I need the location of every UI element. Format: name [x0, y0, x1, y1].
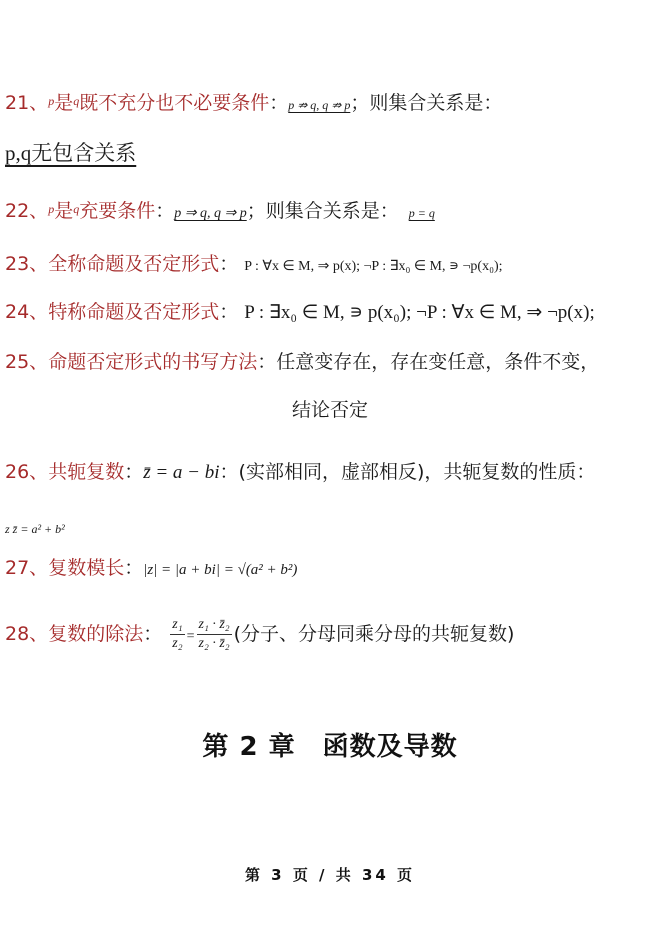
item-number: 25、 [5, 351, 48, 373]
item-number: 21、 [5, 92, 48, 114]
item-title: 特称命题及否定形式 [48, 301, 219, 323]
item-21-relation: p,q无包含关系 [5, 141, 136, 166]
colon: ： [219, 301, 238, 323]
item-23: 23、全称命题及否定形式：P : ∀x ∈ M, ⇒ p(x); ¬P : ∃x… [5, 252, 503, 279]
item-28: 28、复数的除法： z₁z₂=z₁ · z̄₂z₂ · z̄₂(分子、分母同乘分… [5, 610, 514, 661]
page-footer: 第 3 页 / 共 34 页 [0, 865, 660, 885]
item-21: 21、p是q既不充分也不必要条件：p ⇏ q, q ⇏ p；则集合关系是： [5, 89, 502, 117]
colon: ： [219, 253, 238, 275]
numerator: z₁ · z̄₂ [197, 616, 232, 635]
formula: z̄ = a − bi [143, 462, 219, 483]
item-title: 复数模长 [48, 557, 124, 579]
item-connector: 是 [54, 92, 73, 114]
item-number: 23、 [5, 253, 48, 275]
denominator: z₂ [170, 635, 184, 653]
item-25-continuation: 结论否定 [0, 398, 660, 422]
formula: p ⇒ q, q ⇒ p [174, 206, 246, 221]
colon: ： [257, 351, 276, 373]
item-title: 共轭复数 [48, 461, 124, 483]
item-number: 28、 [5, 623, 48, 645]
item-number: 22、 [5, 200, 48, 222]
chapter-heading: 第 2 章 函数及导数 [0, 730, 660, 764]
item-24: 24、特称命题及否定形式：P : ∃x₀ ∈ M, ∍ p(x₀); ¬P : … [5, 300, 595, 325]
item-number: 26、 [5, 461, 48, 483]
item-text: 任意变存在，存在变任意，条件不变， [276, 351, 599, 373]
colon: ： [269, 92, 288, 114]
fraction-lhs: z₁z₂ [170, 616, 184, 653]
item-text: ；则集合关系是： [350, 92, 502, 114]
denominator: z₂ · z̄₂ [197, 635, 232, 653]
item-title: 全称命题及否定形式 [48, 253, 219, 275]
item-text: (分子、分母同乘分母的共轭复数) [234, 623, 515, 645]
relation: p = q [409, 206, 435, 220]
numerator: z₁ [170, 616, 184, 635]
item-number: 27、 [5, 557, 48, 579]
colon: ： [155, 200, 174, 222]
fraction-rhs: z₁ · z̄₂z₂ · z̄₂ [197, 616, 232, 653]
item-title: 既不充分也不必要条件 [79, 92, 269, 114]
formula: P : ∃x₀ ∈ M, ∍ p(x₀); ¬P : ∀x ∈ M, ⇒ ¬p(… [244, 302, 595, 323]
colon: ： [124, 557, 143, 579]
colon: ： [124, 461, 143, 483]
chapter-title: 第 2 章 函数及导数 [202, 732, 457, 762]
formula: P : ∀x ∈ M, ⇒ p(x); ¬P : ∃x₀ ∈ M, ∍ ¬p(x… [244, 259, 502, 274]
item-title: 命题否定形式的书写方法 [48, 351, 257, 373]
item-number: 24、 [5, 301, 48, 323]
item-text: ：(实部相同，虚部相反)，共轭复数的性质： [220, 461, 596, 483]
item-26-property: z z̄ = a² + b² [5, 515, 65, 541]
item-26: 26、共轭复数：z̄ = a − bi：(实部相同，虚部相反)，共轭复数的性质： [5, 460, 595, 485]
item-text: 结论否定 [292, 399, 368, 421]
formula: |z| = |a + bi| = √(a² + b²) [143, 562, 297, 578]
property-formula: z z̄ = a² + b² [5, 522, 65, 536]
relation: p,q无包含关系 [5, 141, 136, 165]
item-text: ；则集合关系是： [247, 200, 399, 222]
item-title: 复数的除法 [48, 623, 143, 645]
item-title: 充要条件 [79, 200, 155, 222]
item-27: 27、复数模长：|z| = |a + bi| = √(a² + b²) [5, 556, 297, 582]
item-connector: 是 [54, 200, 73, 222]
equals-sign: = [187, 629, 195, 644]
item-22: 22、p是q充要条件：p ⇒ q, q ⇒ p；则集合关系是：p = q [5, 197, 435, 226]
page-number: 第 3 页 / 共 34 页 [245, 866, 415, 884]
colon: ： [143, 623, 162, 645]
item-25: 25、命题否定形式的书写方法：任意变存在，存在变任意，条件不变， [5, 350, 599, 374]
formula: p ⇏ q, q ⇏ p [288, 98, 350, 112]
